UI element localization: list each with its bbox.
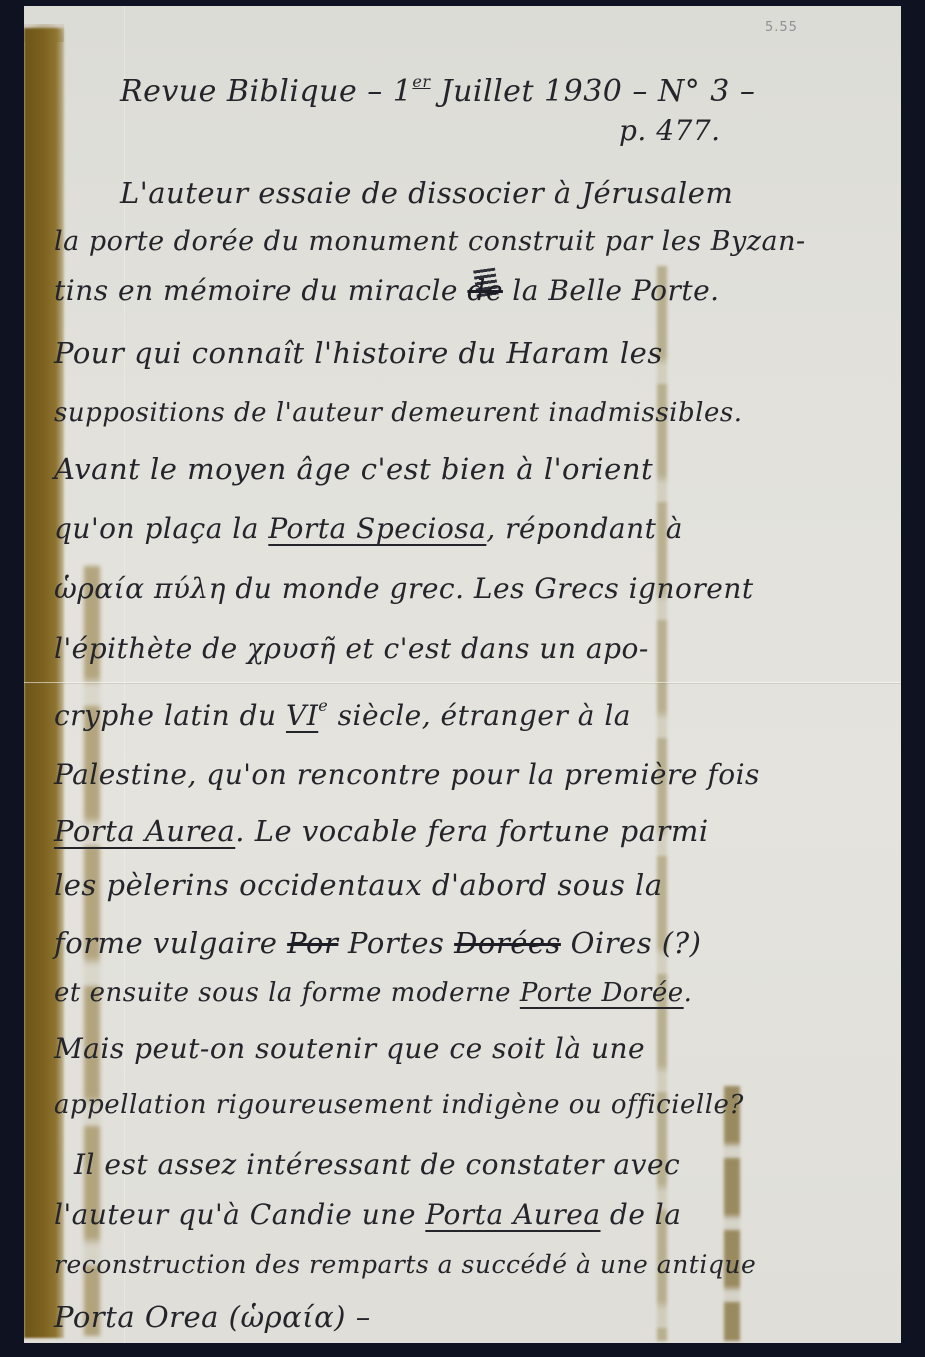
underlined-term: Porta Aurea: [425, 1198, 600, 1231]
text-line-9: l'épithète de χρυσῆ et c'est dans un apo…: [54, 632, 649, 665]
stain-right-vertical: [724, 1086, 740, 1341]
archive-number: 5.55: [765, 20, 798, 35]
manuscript-page: 5.55 Revue Biblique – 1er Juillet 1930 –…: [24, 6, 901, 1343]
text-line-8: ὡραία πύλη du monde grec. Les Grecs igno…: [54, 572, 754, 605]
text-line-10: cryphe latin du VIe siècle, étranger à l…: [54, 696, 631, 732]
text-line-17: appellation rigoureusement indigène ou o…: [54, 1090, 744, 1120]
date-issue: Juillet 1930 – N° 3 –: [431, 74, 756, 109]
fold-line-horizontal: [24, 682, 901, 683]
text-line-2: la porte dorée du monument construit par…: [54, 226, 806, 257]
text-line-16: Mais peut-on soutenir que ce soit là une: [54, 1032, 645, 1065]
text-line-3: tins en mémoire du miracle de la Belle P…: [54, 274, 720, 307]
photo-frame: 5.55 Revue Biblique – 1er Juillet 1930 –…: [0, 0, 925, 1357]
text-line-20: reconstruction des remparts a succédé à …: [54, 1250, 756, 1279]
text-line-1: L'auteur essaie de dissocier à Jérusalem: [120, 176, 733, 210]
text-line-5: suppositions de l'auteur demeurent inadm…: [54, 398, 742, 428]
text-line-6: Avant le moyen âge c'est bien à l'orient: [54, 452, 653, 486]
header-line-1: Revue Biblique – 1er Juillet 1930 – N° 3…: [120, 72, 755, 109]
roman-numeral: VI: [286, 699, 318, 732]
text-line-21: Porta Orea (ὡραία) –: [54, 1300, 371, 1334]
struck-word: Dorées: [454, 926, 561, 960]
struck-word: Por: [287, 926, 338, 960]
header-page-ref: p. 477.: [619, 114, 721, 147]
text-line-11: Palestine, qu'on rencontre pour la premi…: [54, 758, 760, 791]
text-line-18: Il est assez intéressant de constater av…: [74, 1148, 680, 1181]
text-line-4: Pour qui connaît l'histoire du Haram les: [54, 336, 663, 370]
text-line-7: qu'on plaça la Porta Speciosa, répondant…: [54, 512, 683, 545]
stain-left-edge: [24, 28, 64, 1338]
text-line-13: les pèlerins occidentaux d'abord sous la: [54, 868, 663, 902]
ink-crossout-mark: [473, 268, 499, 299]
journal-title: Revue Biblique: [120, 74, 357, 109]
underlined-term: Porta Speciosa: [268, 512, 486, 545]
text-line-15: et ensuite sous la forme moderne Porte D…: [54, 978, 692, 1008]
underlined-term: Porta Aurea: [54, 814, 235, 848]
day: 1: [393, 74, 413, 109]
greek-word: χρυσῆ: [247, 632, 336, 665]
text-line-19: l'auteur qu'à Candie une Porta Aurea de …: [54, 1198, 681, 1231]
text-line-12: Porta Aurea. Le vocable fera fortune par…: [54, 814, 709, 848]
underlined-term: Porte Dorée: [520, 978, 684, 1008]
text-line-14: forme vulgaire Por Portes Dorées Oires (…: [54, 926, 701, 960]
